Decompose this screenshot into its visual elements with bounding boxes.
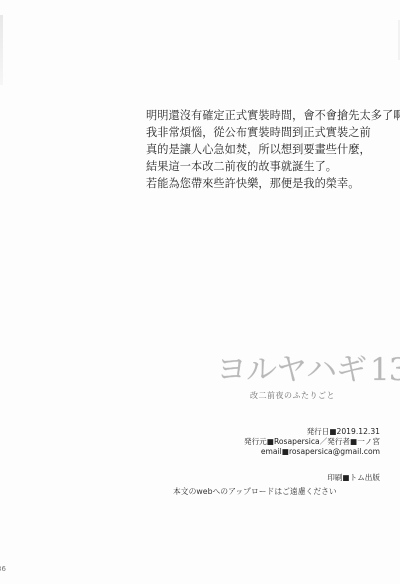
upload-notice: 本文のwebへのアップロードはご遠慮ください (173, 486, 337, 497)
issue-date: 発行日■2019.12.31 (244, 427, 380, 437)
afterword-line: 明明還沒有確定正式實裝時間，會不會搶先太多了啊 (146, 107, 386, 124)
colophon-page: 明明還沒有確定正式實裝時間，會不會搶先太多了啊 我非常煩惱，從公布實裝時間到正式… (0, 0, 400, 584)
afterword-line: 我非常煩惱，從公布實裝時間到正式實裝之前 (146, 124, 386, 141)
book-title-number: 13 (370, 352, 400, 388)
afterword-line: 若能為您帶來些許快樂，那便是我的榮幸。 (146, 175, 386, 192)
afterword-text: 明明還沒有確定正式實裝時間，會不會搶先太多了啊 我非常煩惱，從公布實裝時間到正式… (146, 107, 386, 192)
afterword-line: 結果這一本改二前夜的故事就誕生了。 (146, 158, 386, 175)
page-number: 36 (0, 565, 6, 573)
afterword-line: 真的是讓人心急如焚，所以想到要畫些什麼， (146, 141, 386, 158)
contact-email: email■rosapersica@gmail.com (244, 447, 380, 457)
book-title-block: ヨルヤハギ13 改二前夜のふたりごと (216, 352, 376, 388)
printer-info: 印刷■トム出版 (327, 472, 380, 483)
book-subtitle: 改二前夜のふたりごと (250, 390, 335, 401)
scan-edge-artifact (0, 15, 3, 85)
colophon-info: 発行日■2019.12.31 発行元■Rosapersica／発行者■一ノ宮 e… (244, 427, 380, 457)
book-title-main: ヨルヤハギ (216, 352, 366, 388)
publisher-info: 発行元■Rosapersica／発行者■一ノ宮 (244, 437, 380, 447)
book-title: ヨルヤハギ13 (216, 352, 376, 388)
